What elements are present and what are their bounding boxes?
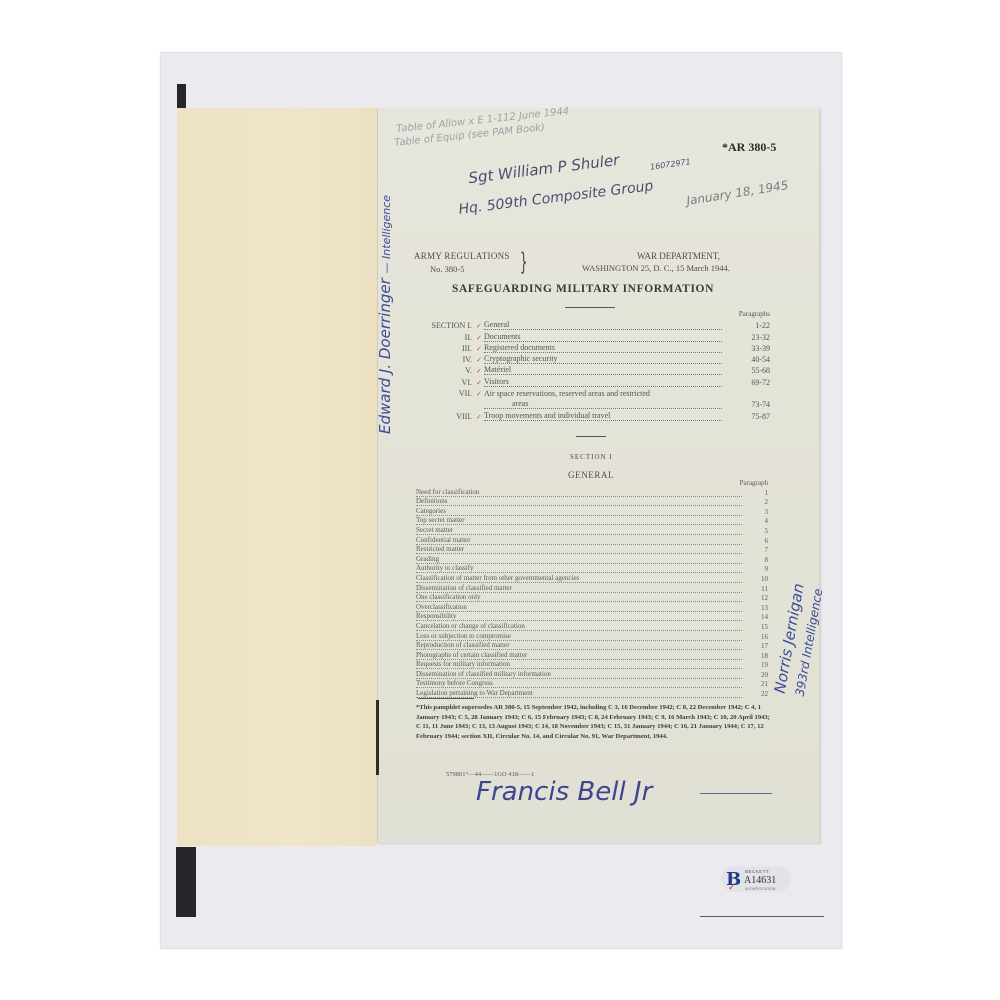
regulation-number: No. 380-5	[430, 264, 464, 274]
list-item: Confidential matter6	[416, 535, 768, 545]
brace: }	[520, 248, 528, 276]
general-list-header: Paragraph	[416, 479, 768, 487]
check-mark-icon: ✓	[476, 379, 484, 387]
check-mark-icon: ✓	[476, 413, 484, 421]
list-item: Need for classification1	[416, 487, 768, 497]
auth-id: A14631	[744, 875, 776, 886]
signature-underline	[700, 793, 772, 794]
toc-row: VIII.✓Troop movements and individual tra…	[410, 409, 770, 420]
list-item: Cancelation or change of classification1…	[416, 621, 768, 631]
list-item: Loss or subjection to compromise16	[416, 631, 768, 641]
list-item: Photographs of certain classified matter…	[416, 650, 768, 660]
spine-edge	[376, 700, 379, 775]
war-department-label: WAR DEPARTMENT,	[637, 251, 720, 261]
auth-underline	[700, 916, 824, 917]
bottom-signature: Francis Bell Jr	[476, 777, 652, 807]
section-label: SECTION I	[570, 453, 613, 461]
toc-row: VII.✓Air space reservations, reserved ar…	[410, 387, 770, 398]
section-rule	[576, 436, 606, 437]
toc-row: II.✓Documents23-32	[410, 330, 770, 341]
auth-subtitle: AUTHENTICATION	[745, 887, 775, 891]
table-of-contents: Paragraphs SECTION I.✓General1-22 II.✓Do…	[410, 310, 770, 421]
footnote-rule	[418, 698, 474, 699]
check-mark-icon: ✓	[476, 322, 484, 330]
list-item: Authority to classify9	[416, 564, 768, 574]
pamphlet-cover-flap	[177, 108, 377, 846]
war-department-place-date: WASHINGTON 25, D. C., 15 March 1944.	[582, 263, 730, 273]
list-item: Definitions2	[416, 497, 768, 507]
check-mark-icon: ✓	[476, 367, 484, 375]
list-item: Legislation pertaining to War Department…	[416, 688, 768, 698]
check-mark-icon: ✓	[476, 390, 484, 398]
list-item: Reproduction of classified matter17	[416, 641, 768, 651]
toc-row: areas73-74	[410, 398, 770, 409]
list-item: Dissemination of classified military inf…	[416, 669, 768, 679]
toc-row: IV.✓Cryptographic security40-54	[410, 353, 770, 364]
army-regulations-label: ARMY REGULATIONS	[414, 251, 510, 261]
list-item: Classification of matter from other gove…	[416, 573, 768, 583]
check-mark-icon: ✓	[728, 882, 736, 893]
auth-brand: BECKETT	[745, 869, 769, 874]
list-item: One classification only12	[416, 593, 768, 603]
list-item: Top secret matter4	[416, 516, 768, 526]
supersedes-footnote: *This pamphlet supersedes AR 380-5, 15 S…	[416, 703, 772, 741]
list-item: Grading8	[416, 554, 768, 564]
list-item: Overclassification13	[416, 602, 768, 612]
list-item: Requests for military information19	[416, 660, 768, 670]
list-item: Testimony before Congress21	[416, 679, 768, 689]
list-item: Responsibility14	[416, 612, 768, 622]
list-item: Categories3	[416, 506, 768, 516]
title-rule	[565, 307, 615, 308]
general-contents-list: Paragraph Need for classification1 Defin…	[416, 479, 768, 698]
list-item: Restricted matter7	[416, 545, 768, 555]
toc-row: V.✓Matériel55-68	[410, 364, 770, 375]
toc-row: VI.✓Visitors69-72	[410, 375, 770, 386]
toc-header: Paragraphs	[410, 310, 770, 318]
toc-row: III.✓Registered documents33-39	[410, 342, 770, 353]
toc-row: SECTION I.✓General1-22	[410, 319, 770, 330]
list-item: Dissemination of classified matter11	[416, 583, 768, 593]
registration-mark-bottom	[176, 847, 196, 917]
left-vertical-signature: Edward J. Doerringer — Intelligence	[376, 264, 394, 434]
document-title: SAFEGUARDING MILITARY INFORMATION	[452, 283, 714, 295]
registration-mark-top	[177, 84, 186, 108]
check-mark-icon: ✓	[476, 345, 484, 353]
list-item: Secret matter5	[416, 525, 768, 535]
check-mark-icon: ✓	[476, 356, 484, 364]
check-mark-icon: ✓	[476, 334, 484, 342]
ar-number: *AR 380-5	[722, 140, 776, 155]
